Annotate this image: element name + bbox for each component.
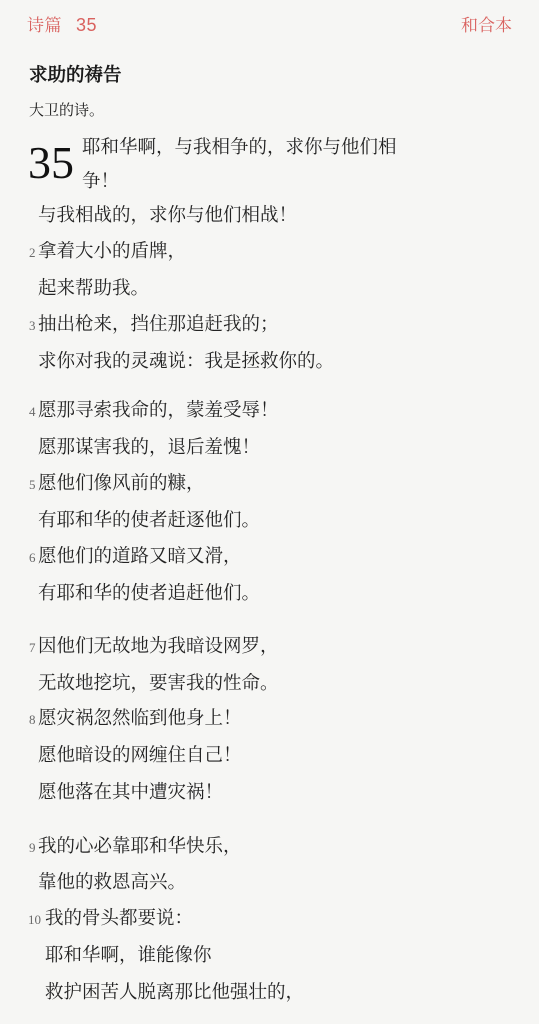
book-name: 诗篇 [27, 16, 62, 36]
verse-number: 9 [29, 836, 36, 860]
verse-line: 求你对我的灵魂说：我是拯救你的。 [38, 350, 334, 374]
verse-line: 救护困苦人脱离那比他强壮的， [45, 981, 304, 1005]
verse-line: 愿灾祸忽然临到他身上！ [38, 707, 242, 731]
verse-line: 拿着大小的盾牌， [38, 240, 186, 264]
verse-number: 4 [29, 400, 36, 424]
verse-line: 与我相战的，求你与他们相战！ [38, 204, 297, 228]
verse-line: 有耶和华的使者追赶他们。 [38, 582, 260, 606]
verse-line: 起来帮助我。 [38, 277, 149, 301]
verse-number: 2 [29, 241, 36, 265]
verse-number: 7 [29, 636, 36, 660]
verse-line: 耶和华啊，谁能像你 [45, 944, 212, 968]
chapter-number-label: 35 [76, 15, 97, 35]
verse-number: 3 [29, 314, 36, 338]
verse-line: 愿他落在其中遭灾祸！ [38, 781, 223, 805]
verse-number: 5 [29, 473, 36, 497]
verse-line: 愿他暗设的网缠住自己！ [38, 744, 242, 768]
verse-line: 愿那寻索我命的，蒙羞受辱！ [38, 399, 279, 423]
verse-line: 愿他们像风前的糠， [38, 472, 205, 496]
top-bar: 诗篇35 和合本 [0, 0, 539, 44]
verse-line: 我的骨头都要说： [45, 907, 193, 931]
verse-line: 耶和华啊，与我相争的，求你与他们相 [82, 136, 397, 160]
chapter-drop-number: 35 [28, 140, 74, 186]
verse-number: 6 [29, 546, 36, 570]
section-subtitle: 大卫的诗。 [29, 99, 104, 120]
verse-line: 靠他的救恩高兴。 [38, 871, 186, 895]
version-selector[interactable]: 和合本 [461, 11, 512, 36]
verse-line: 我的心必靠耶和华快乐， [38, 835, 242, 859]
verse-line: 抽出枪来，挡住那追赶我的； [38, 313, 279, 337]
verse-line: 愿他们的道路又暗又滑， [38, 545, 242, 569]
verse-line: 愿那谋害我的，退后羞愧！ [38, 436, 260, 460]
verse-number: 10 [28, 908, 41, 932]
verse-number: 8 [29, 708, 36, 732]
verse-line: 无故地挖坑，要害我的性命。 [38, 672, 279, 696]
section-title: 求助的祷告 [29, 61, 122, 87]
verse-line: 有耶和华的使者赶逐他们。 [38, 509, 260, 533]
book-chapter-selector[interactable]: 诗篇35 [27, 11, 97, 36]
verse-line: 争！ [82, 170, 119, 194]
verse-line: 因他们无故地为我暗设网罗， [38, 635, 279, 659]
